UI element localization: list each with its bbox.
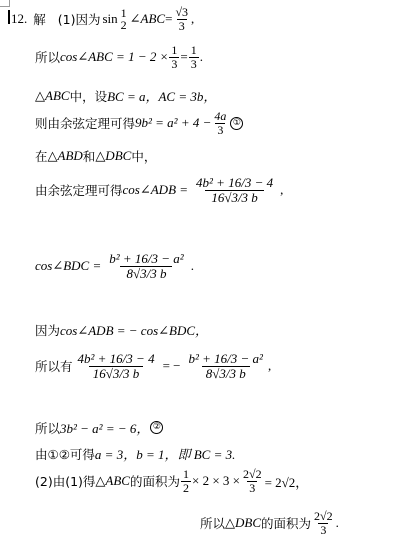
line-13: 所以 △DBC 的面积为 2√23 .: [200, 510, 339, 536]
line-3: △ABC 中，设 BC = a，AC = 3b，: [35, 86, 216, 105]
l11-expr: a = 3，b = 1，即 BC = 3.: [95, 444, 235, 463]
num: 4a: [212, 110, 228, 123]
num: 1: [169, 44, 179, 57]
circled-1: ①: [230, 117, 243, 130]
num: 1: [181, 468, 191, 481]
tri-abd: △ABD: [48, 148, 83, 164]
den: 3: [215, 123, 225, 137]
end: .: [191, 258, 194, 274]
l8-expr: cos∠ADB = − cos∠BDC，: [60, 320, 208, 339]
l5-prefix: 在: [35, 147, 48, 165]
den: 16√3/3 b: [205, 190, 264, 205]
circled-2: ②: [150, 421, 163, 434]
fraction-2root2-3: 2√23: [241, 468, 264, 494]
den: 8√3/3 b: [202, 366, 250, 381]
fraction-1-3b: 13: [189, 44, 199, 70]
sin: sin: [102, 11, 117, 27]
den: 3: [177, 19, 187, 33]
l10-expr: 3b² − a² = − 6，: [60, 418, 149, 437]
l5-suffix: 中，: [131, 147, 156, 165]
l11-prefix: 由①②可得: [35, 445, 95, 463]
end: .: [200, 49, 203, 65]
l6-expr: cos∠ADB =: [123, 182, 189, 198]
l12-mid: 的面积为: [130, 472, 180, 490]
text-cursor: [8, 10, 10, 24]
den: 8√3/3 b: [120, 266, 172, 281]
line-2: 所以 cos∠ABC = 1 − 2 × 13 = 13 .: [35, 44, 203, 70]
l13-mid: 的面积为: [261, 514, 311, 532]
den: 2: [119, 19, 129, 32]
num: 4b² + 16/3 − 4: [74, 352, 159, 366]
den: 3: [189, 57, 199, 71]
num: 2√2: [312, 510, 335, 523]
l4-prefix: 则由余弦定理可得: [35, 114, 135, 132]
l13-prefix: 所以: [200, 514, 225, 532]
line-8: 因为 cos∠ADB = − cos∠BDC，: [35, 320, 208, 339]
solution-label: 解: [33, 10, 46, 28]
tri-abc-2: △ABC: [95, 473, 130, 489]
l8-prefix: 因为: [35, 321, 60, 339]
end: ,: [191, 11, 194, 27]
line-9: 所以有 4b² + 16/3 − 4 16√3/3 b = − b² + 16/…: [35, 352, 271, 380]
end: .: [336, 515, 339, 531]
num: b² + 16/3 − a²: [103, 252, 189, 266]
line-7: cos∠BDC = b² + 16/3 − a² 8√3/3 b .: [35, 252, 194, 280]
den: 3: [169, 57, 179, 71]
den: 2: [181, 481, 191, 495]
fraction-cos-adb: 4b² + 16/3 − 4 16√3/3 b: [190, 176, 279, 204]
fraction-half-2: 12: [181, 468, 191, 494]
fraction-half: 12: [119, 7, 129, 32]
line-5: 在 △ABD 和 △DBC 中，: [35, 147, 156, 165]
line-1: 12. 解 (1)因为 sin 12 ∠ABC = √33 ,: [11, 6, 194, 32]
l12-expr: × 2 × 3 ×: [192, 473, 240, 489]
l7-expr: cos∠BDC =: [35, 258, 101, 274]
fraction-lhs: 4b² + 16/3 − 4 16√3/3 b: [74, 352, 159, 380]
den: 3: [318, 523, 328, 537]
l6-prefix: 由余弦定理可得: [35, 181, 123, 199]
angle-abc: ∠ABC: [130, 11, 165, 27]
eq: =: [165, 11, 172, 27]
problem-number: 12.: [11, 11, 27, 27]
fraction-cos-bdc: b² + 16/3 − a² 8√3/3 b: [103, 252, 189, 280]
tri-dbc-2: △DBC: [225, 515, 261, 531]
den: 3: [247, 481, 257, 495]
l10-prefix: 所以: [35, 419, 60, 437]
l5-and: 和: [83, 147, 96, 165]
num: 2√2: [241, 468, 264, 481]
tri-abc: △ABC: [35, 88, 70, 104]
eq: =: [180, 49, 187, 65]
l3-expr: BC = a，AC = 3b，: [107, 86, 216, 105]
l2-expr: cos∠ABC = 1 − 2 ×: [60, 49, 168, 65]
line-10: 所以 3b² − a² = − 6， ②: [35, 418, 164, 437]
l1-prefix: (1)因为: [58, 10, 101, 28]
l4-expr: 9b² = a² + 4 −: [135, 115, 211, 131]
fraction-4a-3: 4a3: [212, 110, 228, 136]
den: 16√3/3 b: [89, 366, 144, 381]
fraction-2root2-3b: 2√23: [312, 510, 335, 536]
l9-prefix: 所以有: [35, 357, 73, 375]
page-corner-mark: [0, 0, 10, 7]
eq-neg: = −: [163, 358, 181, 374]
line-11: 由①②可得 a = 3，b = 1，即 BC = 3.: [35, 444, 235, 463]
line-4: 则由余弦定理可得 9b² = a² + 4 − 4a3 ①: [35, 110, 244, 136]
fraction-1-3: 13: [169, 44, 179, 70]
l12-prefix: (2)由(1)得: [35, 472, 95, 490]
end: ,: [268, 358, 271, 374]
num: √3: [173, 6, 190, 19]
num: b² + 16/3 − a²: [185, 352, 267, 366]
line-6: 由余弦定理可得 cos∠ADB = 4b² + 16/3 − 4 16√3/3 …: [35, 176, 283, 204]
l12-result: = 2√2，: [265, 472, 309, 491]
l3-cjk: 中，设: [70, 87, 108, 105]
l2-prefix: 所以: [35, 48, 60, 66]
num: 1: [189, 44, 199, 57]
fraction-root3-3: √33: [173, 6, 190, 32]
fraction-rhs: b² + 16/3 − a² 8√3/3 b: [185, 352, 267, 380]
num: 4b² + 16/3 − 4: [190, 176, 279, 190]
tri-dbc: △DBC: [95, 148, 131, 164]
end: ,: [280, 182, 283, 198]
line-12: (2)由(1)得 △ABC 的面积为 12 × 2 × 3 × 2√23 = 2…: [35, 468, 308, 494]
